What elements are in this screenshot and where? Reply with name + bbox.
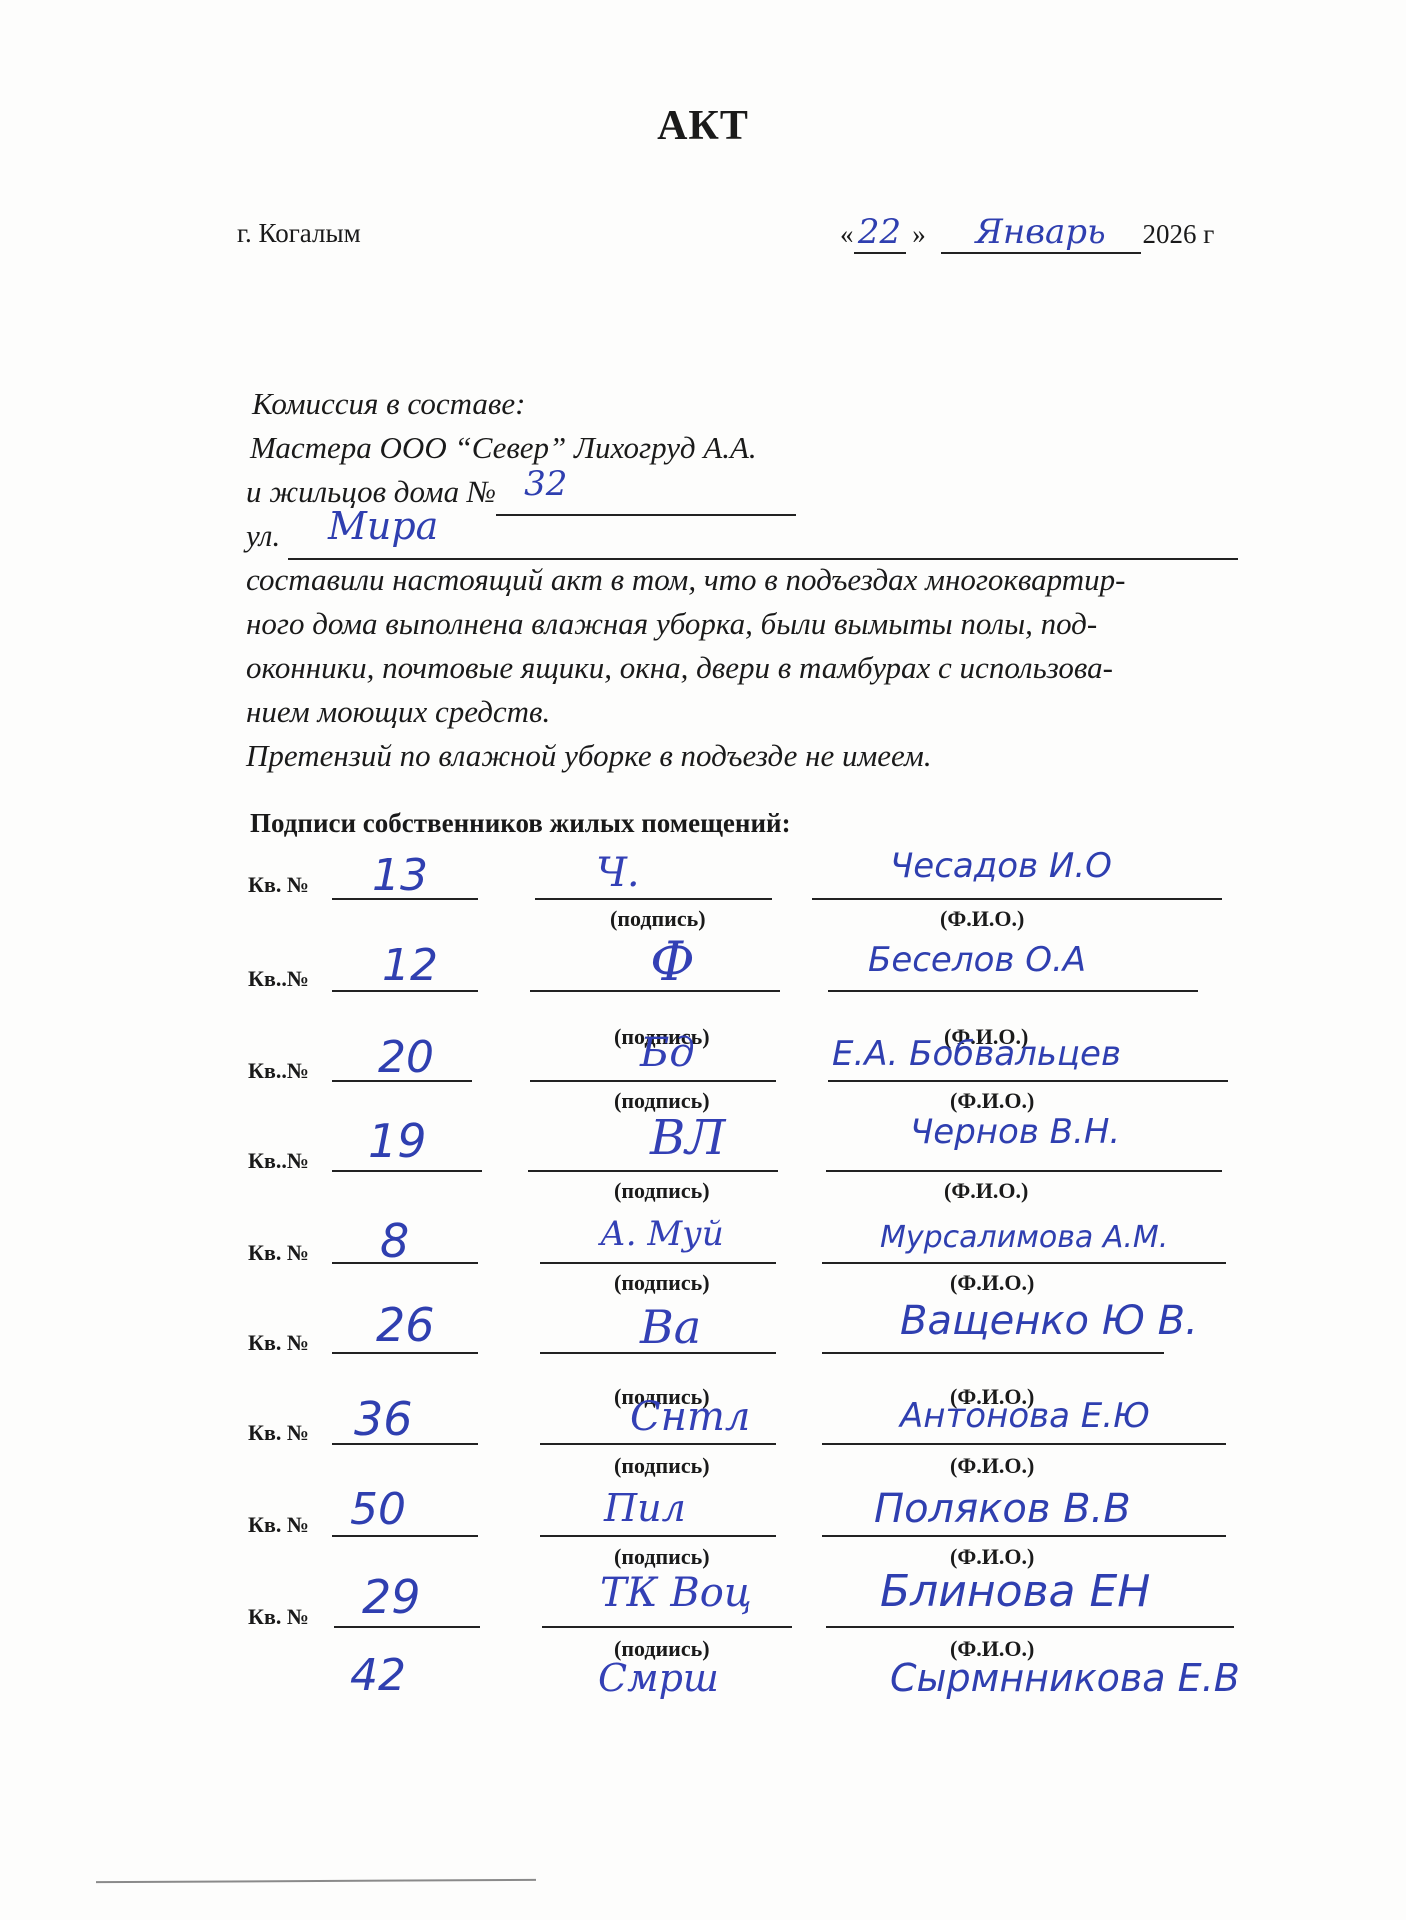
handwritten-signature: Снтл xyxy=(630,1394,750,1440)
apartment-number: 8 xyxy=(380,1214,409,1268)
city-label: г. Когалым xyxy=(237,218,361,249)
document-title: АКТ xyxy=(0,102,1406,150)
owner-name: Антонова Е.Ю xyxy=(900,1396,1150,1436)
scan-edge-line xyxy=(96,1879,536,1883)
name-caption: (Ф.И.О.) xyxy=(950,1453,1034,1479)
name-caption: (Ф.И.О.) xyxy=(950,1270,1034,1296)
apartment-label: Кв. № xyxy=(248,1330,309,1356)
name-caption: (Ф.И.О.) xyxy=(944,1178,1028,1204)
apartment-number: 29 xyxy=(362,1570,421,1624)
apartment-label: Кв. № xyxy=(248,1240,309,1266)
date-close-quote: » xyxy=(912,219,926,249)
date-day: 22 xyxy=(858,212,901,252)
name-blank xyxy=(822,1352,1164,1354)
signature-caption: (подпись) xyxy=(614,1544,710,1570)
signature-caption: (подпись) xyxy=(610,906,706,932)
name-caption: (Ф.И.О.) xyxy=(950,1088,1034,1114)
signature-blank xyxy=(540,1262,776,1264)
date-open-quote: « xyxy=(840,219,854,249)
owner-name: Чесадов И.О xyxy=(890,846,1112,886)
date-month: Январь xyxy=(975,212,1105,252)
apartment-blank xyxy=(332,1535,478,1537)
owner-name: Блинова ЕН xyxy=(880,1566,1150,1617)
handwritten-signature: Ф xyxy=(650,930,695,993)
handwritten-signature: Пил xyxy=(604,1486,686,1530)
signature-blank xyxy=(535,898,772,900)
apartment-label: Кв..№ xyxy=(248,966,309,992)
name-blank xyxy=(828,990,1198,992)
apartment-blank xyxy=(332,1352,478,1354)
owner-name: Ващенко Ю В. xyxy=(900,1298,1198,1344)
street-line: ул. Мира xyxy=(246,514,1238,560)
body-line-3: оконники, почтовые ящики, окна, двери в … xyxy=(246,646,1266,690)
apartment-label: Кв..№ xyxy=(248,1058,309,1084)
name-caption: (Ф.И.О.) xyxy=(940,906,1024,932)
commission-line-1: Комиссия в составе: xyxy=(252,382,525,426)
handwritten-signature: ТК Воц xyxy=(600,1570,752,1616)
signature-blank xyxy=(530,1080,776,1082)
handwritten-signature: Ва xyxy=(640,1300,701,1354)
name-blank xyxy=(822,1443,1226,1445)
street-name: Мира xyxy=(328,504,438,548)
name-blank xyxy=(822,1262,1226,1264)
body-line-1: составили настоящий акт в том, что в под… xyxy=(246,558,1266,602)
apartment-number: 36 xyxy=(354,1392,413,1446)
date-year: 2026 г xyxy=(1143,219,1215,249)
signature-blank xyxy=(542,1626,792,1628)
handwritten-signature: ВЛ xyxy=(650,1110,725,1166)
apartment-number: 13 xyxy=(372,850,428,901)
owner-name: Поляков В.В xyxy=(874,1486,1131,1532)
owner-name: Беселов О.А xyxy=(868,940,1086,980)
signature-caption: (подпись) xyxy=(614,1453,710,1479)
name-blank xyxy=(828,1080,1228,1082)
apartment-label: Кв. № xyxy=(248,872,309,898)
house-number: 32 xyxy=(524,462,567,506)
body-line-2: ного дома выполнена влажная уборка, были… xyxy=(246,602,1266,646)
body-line-5: Претензий по влажной уборке в подъезде н… xyxy=(246,734,1266,778)
name-blank xyxy=(826,1626,1234,1628)
act-body: составили настоящий акт в том, что в под… xyxy=(246,558,1266,778)
signature-blank xyxy=(540,1443,776,1445)
apartment-label: Кв. № xyxy=(248,1604,309,1630)
apartment-number: 20 xyxy=(378,1032,434,1083)
signatures-heading: Подписи собственников жилых помещений: xyxy=(250,808,791,839)
name-blank xyxy=(826,1170,1222,1172)
owner-name: Чернов В.Н. xyxy=(910,1112,1120,1152)
owner-name: Е.А. Бобвальцев xyxy=(832,1034,1121,1074)
body-line-4: нием моющих средств. xyxy=(246,690,1266,734)
apartment-number: 26 xyxy=(376,1298,435,1352)
signature-blank xyxy=(540,1535,776,1537)
apartment-label: Кв. № xyxy=(248,1420,309,1446)
handwritten-signature: Бд xyxy=(640,1030,695,1076)
name-blank xyxy=(822,1535,1226,1537)
apartment-blank xyxy=(332,1170,482,1172)
document-date: «22 » Январь2026 г xyxy=(840,212,1214,254)
owner-name: Мурсалимова А.М. xyxy=(880,1220,1168,1255)
handwritten-signature: Смрш xyxy=(598,1656,719,1700)
apartment-blank xyxy=(334,1626,480,1628)
apartment-label: Кв. № xyxy=(248,1512,309,1538)
handwritten-signature: А. Муй xyxy=(600,1214,724,1254)
signature-caption: (подпись) xyxy=(614,1270,710,1296)
apartment-number: 19 xyxy=(368,1114,427,1168)
street-prefix: ул. xyxy=(246,518,280,553)
commission-line-2: Мастера ООО “Север” Лихогруд А.А. xyxy=(250,426,757,470)
signature-blank xyxy=(528,1170,778,1172)
signature-caption: (подпись) xyxy=(614,1178,710,1204)
apartment-number: 50 xyxy=(350,1484,406,1535)
handwritten-signature: Ч. xyxy=(596,850,640,896)
apartment-label: Кв..№ xyxy=(248,1148,309,1174)
apartment-number: 42 xyxy=(350,1650,406,1701)
apartment-number: 12 xyxy=(382,940,438,991)
owner-name: Сырмнникова Е.В xyxy=(890,1656,1240,1700)
name-blank xyxy=(812,898,1222,900)
